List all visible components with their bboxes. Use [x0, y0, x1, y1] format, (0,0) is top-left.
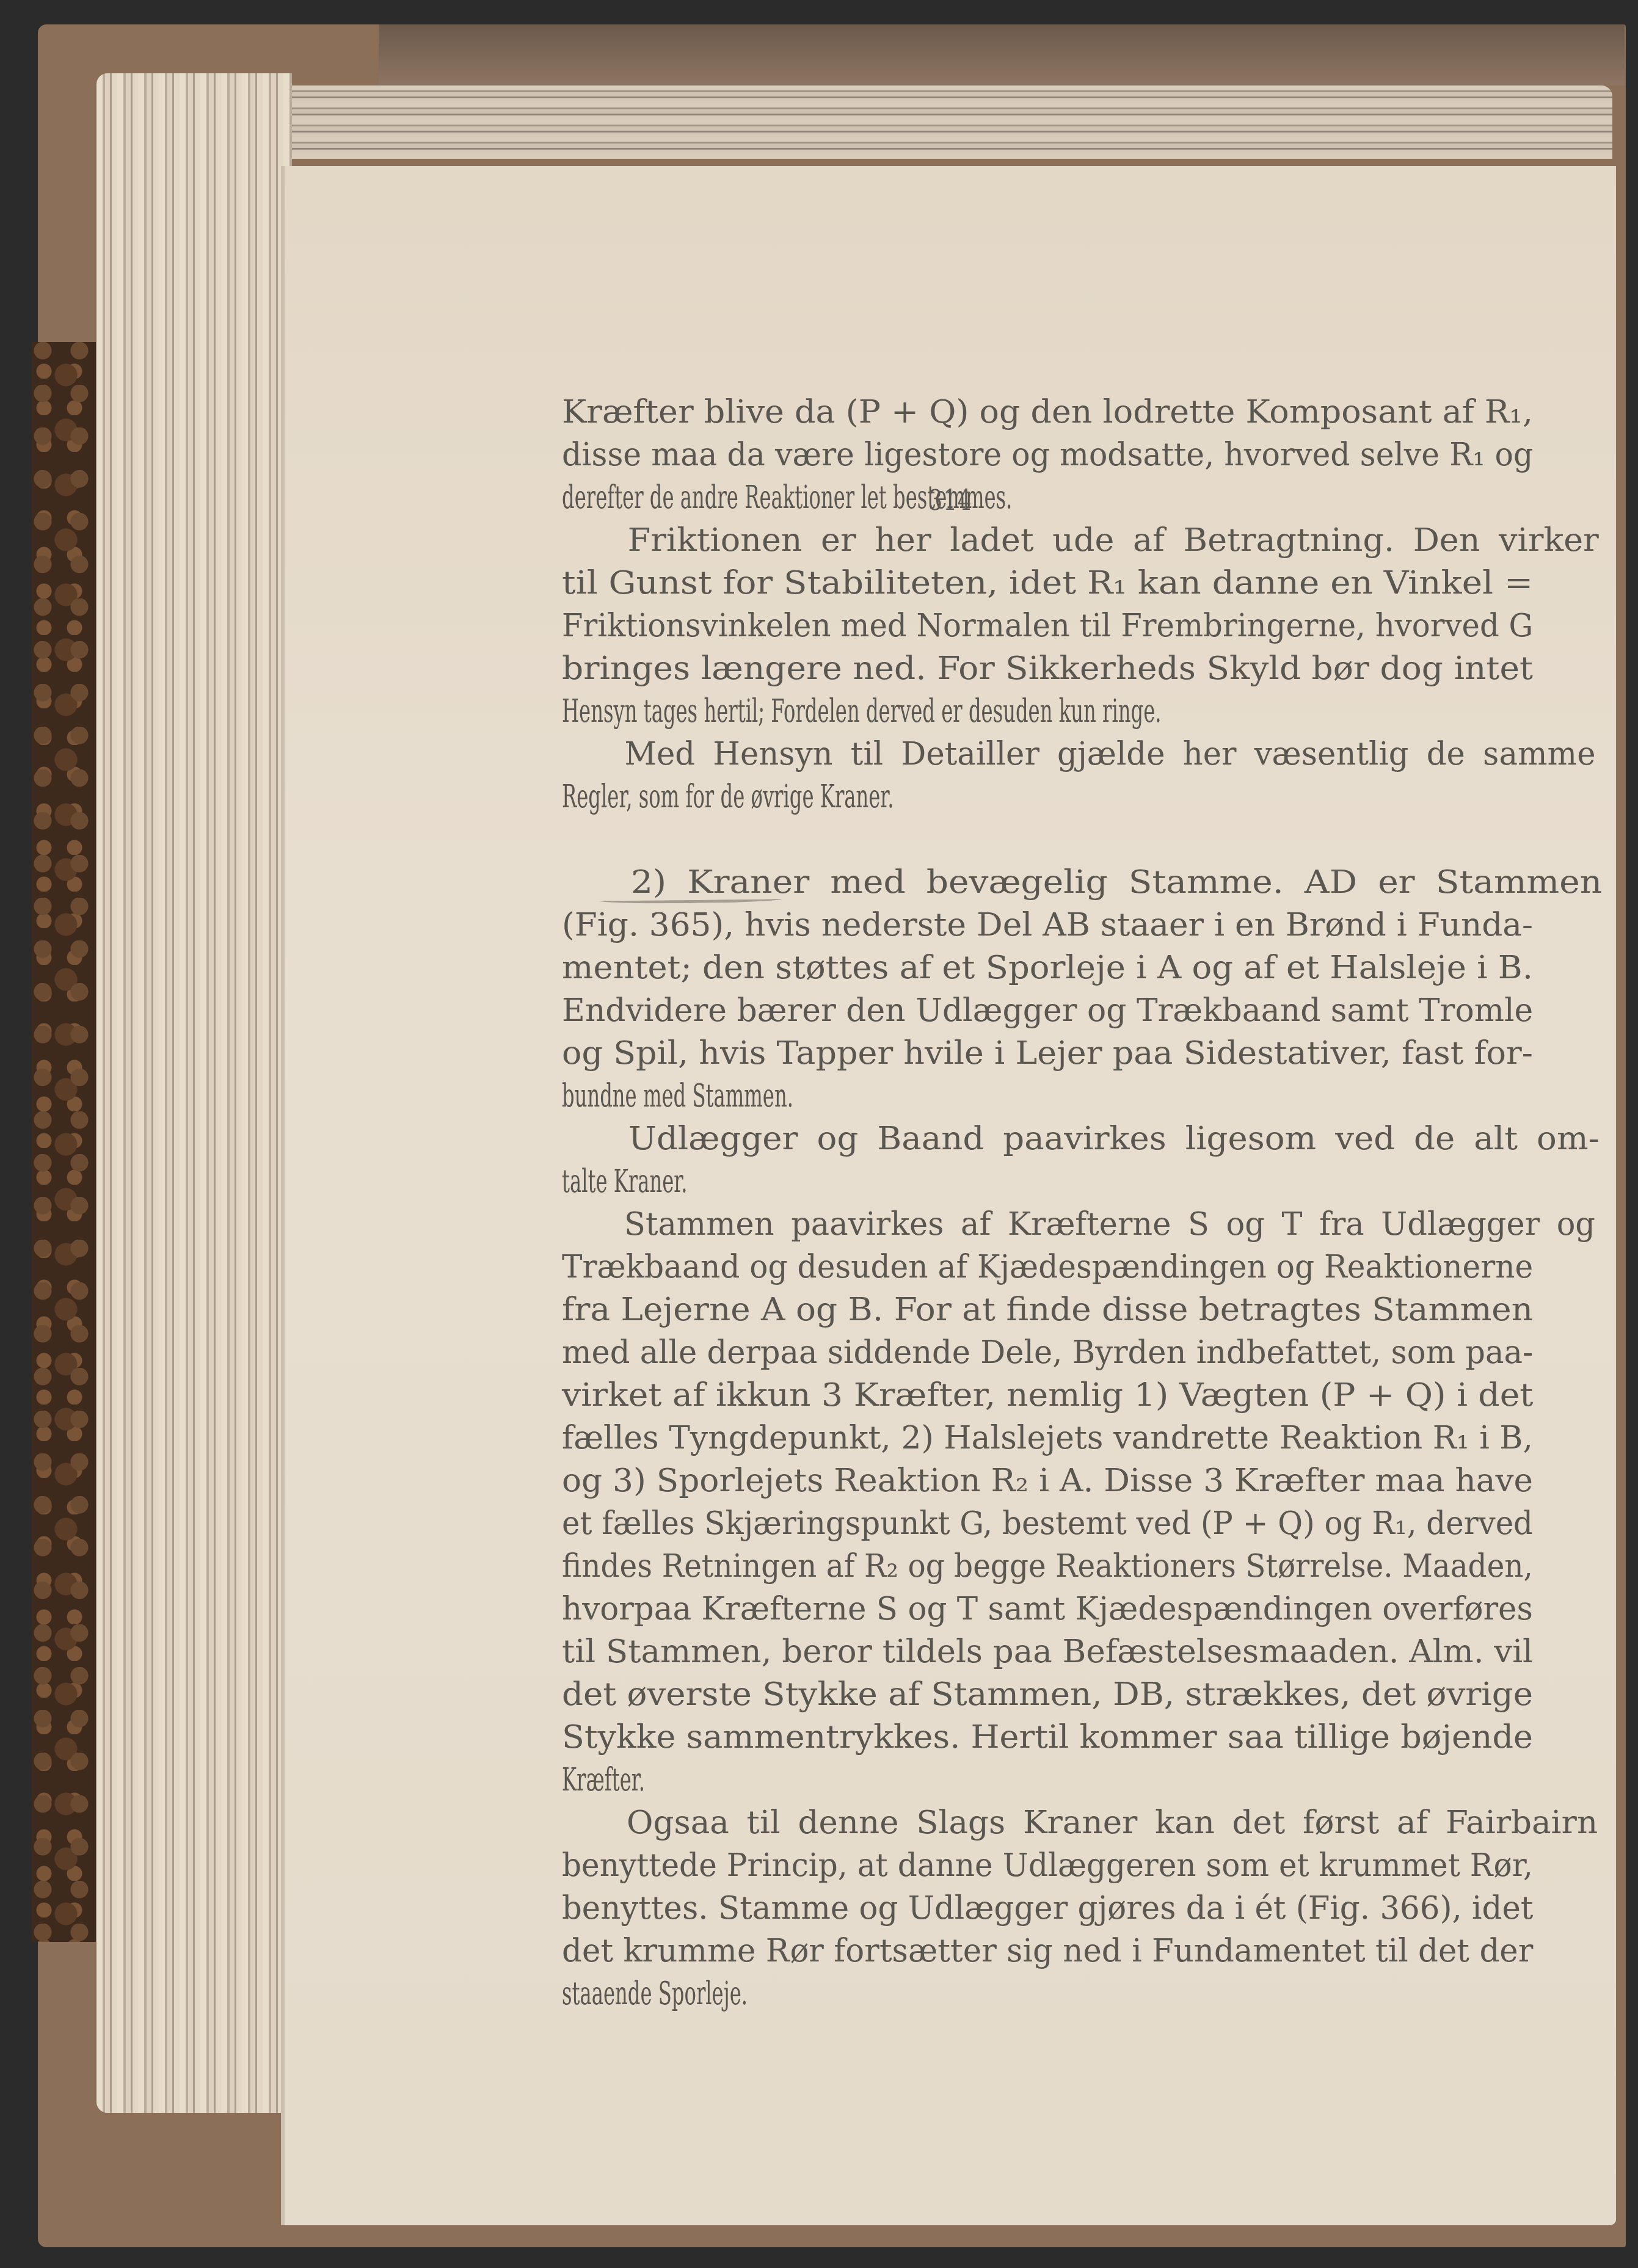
text-line: og 3) Sporlejets Reaktion R₂ i A. Disse …: [562, 1459, 1533, 1502]
page-edges-top: [122, 85, 1612, 159]
text-line: bundne med Stammen.: [562, 1075, 793, 1118]
text-line: Stykke sammentrykkes. Hertil kommer saa …: [562, 1716, 1533, 1759]
text-line: Friktionsvinkelen med Normalen til Fremb…: [562, 605, 1533, 647]
paragraph: Kræfter blive da (P + Q) og den lodrette…: [562, 391, 1533, 519]
paragraph: Stammen paavirkes af Kræfterne S og T fr…: [562, 1203, 1533, 1801]
text-line: (Fig. 365), hvis nederste Del AB staaer …: [562, 904, 1533, 947]
text-line: Hensyn tages hertil; Fordelen derved er …: [562, 690, 1161, 733]
section-kraner-med-bevaegelig-stamme: 2) Kraner med bevægelig Stamme. AD er St…: [562, 861, 1533, 1118]
text-line: disse maa da være ligestore og modsatte,…: [562, 434, 1533, 476]
text-line: talte Kraner.: [562, 1160, 687, 1203]
text-line: med alle derpaa siddende Dele, Byrden in…: [562, 1331, 1533, 1374]
text-line: Kræfter.: [562, 1759, 645, 1801]
text-line: fælles Tyngdepunkt, 2) Halslejets vandre…: [562, 1417, 1533, 1459]
text-line: staaende Sporleje.: [562, 1972, 748, 2015]
paragraph: Med Hensyn til Detailler gjælde her væse…: [562, 733, 1533, 818]
paragraph: Ogsaa til denne Slags Kraner kan det før…: [562, 1801, 1533, 2015]
text-line: hvorpaa Kræfterne S og T samt Kjædespænd…: [562, 1588, 1533, 1630]
section-heading-line: 2) Kraner med bevægelig Stamme. AD er St…: [562, 861, 1602, 904]
paragraph: Udlægger og Baand paavirkes ligesom ved …: [562, 1118, 1533, 1203]
text-line: benyttes. Stamme og Udlægger gjøres da i…: [562, 1887, 1533, 1930]
text-line: virket af ikkun 3 Kræfter, nemlig 1) Væg…: [562, 1374, 1533, 1417]
text-line: mentet; den støttes af et Sporleje i A o…: [562, 947, 1533, 989]
text-line: Kræfter blive da (P + Q) og den lodrette…: [562, 391, 1533, 434]
text-line: Udlægger og Baand paavirkes ligesom ved …: [562, 1118, 1600, 1160]
text-line: bringes længere ned. For Sikkerheds Skyl…: [562, 647, 1533, 690]
section-gap: [562, 818, 1533, 861]
text-line: findes Retningen af R₂ og begge Reaktion…: [562, 1545, 1533, 1588]
text-line: Endvidere bærer den Udlægger og Trækbaan…: [562, 989, 1533, 1032]
text-line: og Spil, hvis Tapper hvile i Lejer paa S…: [562, 1032, 1533, 1075]
text-line: Friktionen er her ladet ude af Betragtni…: [562, 519, 1599, 562]
text-line: Ogsaa til denne Slags Kraner kan det før…: [562, 1801, 1598, 1844]
text-line: et fælles Skjæringspunkt G, bestemt ved …: [562, 1502, 1533, 1545]
text-line: benyttede Princip, at danne Udlæggeren s…: [562, 1844, 1533, 1887]
text-line: Regler, som for de øvrige Kraner.: [562, 776, 894, 818]
text-line: Stammen paavirkes af Kræfterne S og T fr…: [562, 1203, 1595, 1246]
marbled-binding: [32, 342, 96, 1942]
book-spine-top: [379, 24, 1625, 85]
text-line: derefter de andre Reaktioner let bestemm…: [562, 476, 1012, 519]
text-line: Trækbaand og desuden af Kjædespændingen …: [562, 1246, 1533, 1288]
body-text: Kræfter blive da (P + Q) og den lodrette…: [562, 391, 1533, 2015]
paragraph: Friktionen er her ladet ude af Betragtni…: [562, 519, 1533, 733]
text-line: det krumme Rør fortsætter sig ned i Fund…: [562, 1930, 1533, 1972]
text-line: til Gunst for Stabiliteten, idet R₁ kan …: [562, 562, 1533, 605]
text-line: det øverste Stykke af Stammen, DB, stræk…: [562, 1673, 1533, 1716]
page-edges-left: [96, 73, 292, 2113]
text-line: Med Hensyn til Detailler gjælde her væse…: [562, 733, 1596, 776]
text-line: fra Lejerne A og B. For at finde disse b…: [562, 1288, 1533, 1331]
text-line: til Stammen, beror tildels paa Befæstels…: [562, 1630, 1533, 1673]
